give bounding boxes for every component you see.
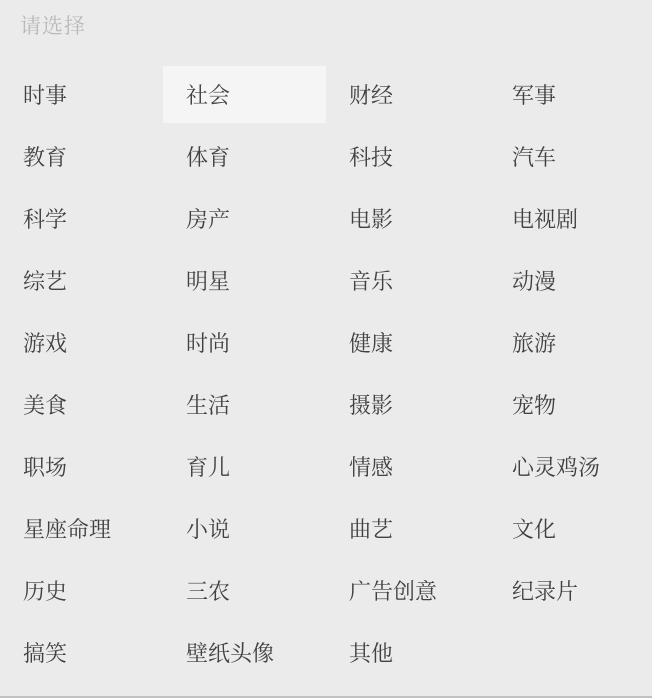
category-option-label: 科学 (23, 203, 67, 234)
category-option-label: 壁纸头像 (186, 637, 274, 668)
category-option-label: 心灵鸡汤 (512, 451, 600, 482)
category-option[interactable]: 时事 (0, 66, 163, 123)
category-option-label: 健康 (349, 327, 393, 358)
category-option[interactable]: 文化 (489, 500, 652, 557)
category-option[interactable]: 美食 (0, 376, 163, 433)
category-option[interactable]: 情感 (326, 438, 489, 495)
category-option-label: 历史 (23, 575, 67, 606)
category-grid: 时事社会财经军事教育体育科技汽车科学房产电影电视剧综艺明星音乐动漫游戏时尚健康旅… (0, 66, 652, 681)
category-option-label: 汽车 (512, 141, 556, 172)
category-option[interactable]: 育儿 (163, 438, 326, 495)
category-option-label: 军事 (512, 79, 556, 110)
category-option-label: 宠物 (512, 389, 556, 420)
category-option-label: 育儿 (186, 451, 230, 482)
category-option[interactable]: 旅游 (489, 314, 652, 371)
category-option[interactable]: 时尚 (163, 314, 326, 371)
category-option-label: 小说 (186, 513, 230, 544)
category-option[interactable]: 综艺 (0, 252, 163, 309)
category-option[interactable]: 科技 (326, 128, 489, 185)
category-option-label: 电影 (349, 203, 393, 234)
category-option-label: 房产 (186, 203, 230, 234)
category-option-label: 文化 (512, 513, 556, 544)
category-option-label: 摄影 (349, 389, 393, 420)
category-option[interactable]: 汽车 (489, 128, 652, 185)
category-option[interactable]: 职场 (0, 438, 163, 495)
category-option[interactable]: 教育 (0, 128, 163, 185)
category-option-label: 职场 (23, 451, 67, 482)
category-option[interactable]: 游戏 (0, 314, 163, 371)
category-option-label: 游戏 (23, 327, 67, 358)
category-option[interactable]: 曲艺 (326, 500, 489, 557)
category-option-label: 电视剧 (512, 203, 578, 234)
category-option[interactable]: 科学 (0, 190, 163, 247)
category-option[interactable]: 音乐 (326, 252, 489, 309)
category-option[interactable]: 房产 (163, 190, 326, 247)
category-option-label: 明星 (186, 265, 230, 296)
category-option-label: 财经 (349, 79, 393, 110)
category-option[interactable]: 三农 (163, 562, 326, 619)
category-option-label: 时尚 (186, 327, 230, 358)
category-option[interactable]: 电视剧 (489, 190, 652, 247)
picker-title: 请选择 (20, 10, 86, 40)
category-option[interactable]: 体育 (163, 128, 326, 185)
category-option-label: 科技 (349, 141, 393, 172)
category-option-label: 搞笑 (23, 637, 67, 668)
category-option-label: 旅游 (512, 327, 556, 358)
category-option[interactable]: 搞笑 (0, 624, 163, 681)
category-option[interactable]: 小说 (163, 500, 326, 557)
category-option[interactable]: 其他 (326, 624, 489, 681)
category-option[interactable]: 电影 (326, 190, 489, 247)
category-option[interactable]: 摄影 (326, 376, 489, 433)
category-option[interactable]: 明星 (163, 252, 326, 309)
category-option[interactable]: 军事 (489, 66, 652, 123)
category-option-label: 美食 (23, 389, 67, 420)
category-option-label: 曲艺 (349, 513, 393, 544)
category-option[interactable]: 财经 (326, 66, 489, 123)
category-option[interactable]: 动漫 (489, 252, 652, 309)
category-option-label: 广告创意 (349, 575, 437, 606)
category-option-label: 综艺 (23, 265, 67, 296)
category-option[interactable]: 心灵鸡汤 (489, 438, 652, 495)
category-option-label: 生活 (186, 389, 230, 420)
category-option[interactable]: 广告创意 (326, 562, 489, 619)
category-option-label: 时事 (23, 79, 67, 110)
category-option-label: 其他 (349, 637, 393, 668)
category-option[interactable]: 宠物 (489, 376, 652, 433)
category-option-selected[interactable]: 社会 (163, 66, 326, 123)
category-option[interactable]: 历史 (0, 562, 163, 619)
category-option[interactable]: 壁纸头像 (163, 624, 326, 681)
category-option[interactable]: 生活 (163, 376, 326, 433)
category-option[interactable]: 纪录片 (489, 562, 652, 619)
category-option-label: 音乐 (349, 265, 393, 296)
category-option-label: 情感 (349, 451, 393, 482)
category-picker-panel: 请选择 时事社会财经军事教育体育科技汽车科学房产电影电视剧综艺明星音乐动漫游戏时… (0, 0, 652, 698)
category-option-label: 三农 (186, 575, 230, 606)
category-option-label: 教育 (23, 141, 67, 172)
category-option-label: 星座命理 (23, 513, 111, 544)
category-option[interactable]: 星座命理 (0, 500, 163, 557)
category-option[interactable]: 健康 (326, 314, 489, 371)
category-option-label: 纪录片 (512, 575, 578, 606)
category-option-label: 体育 (186, 141, 230, 172)
category-option-label: 社会 (186, 79, 230, 110)
category-option-label: 动漫 (512, 265, 556, 296)
